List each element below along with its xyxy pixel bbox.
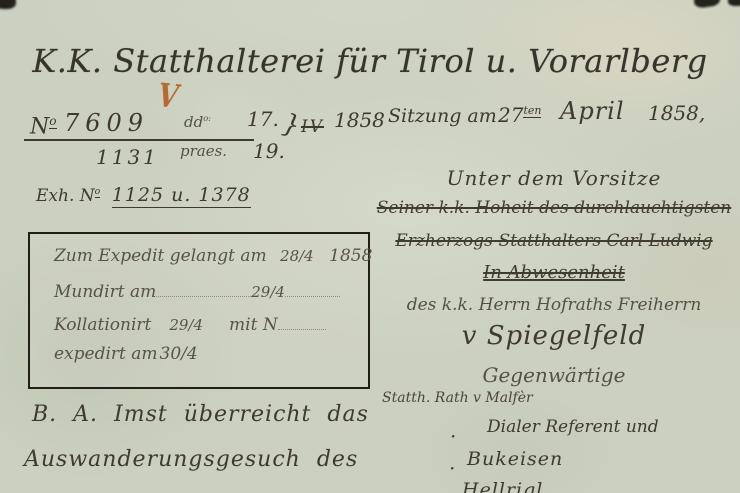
session-prefix: Sitzung am bbox=[388, 105, 497, 127]
reg-year: 1858 bbox=[334, 108, 385, 132]
document-scan: K.K. Statthalterei für Tirol u. Vorarlbe… bbox=[0, 0, 740, 493]
dispatch-date: 30/4 bbox=[160, 344, 198, 364]
ink-underline bbox=[24, 139, 254, 141]
session-day-sup: ten bbox=[523, 104, 541, 118]
hofrath-line: des k.k. Herrn Hofraths Freiherrn bbox=[368, 295, 740, 315]
attendee-third: Bukeisen bbox=[467, 448, 563, 470]
dispatch-date: 29/4 bbox=[251, 283, 285, 301]
dispatch-label: Zum Expedit gelangt am bbox=[54, 246, 267, 266]
session-month: April bbox=[560, 97, 625, 125]
body-line-2: Auswanderungsgesuch des bbox=[24, 447, 358, 472]
dotted-leader bbox=[278, 312, 326, 330]
exh-label-sup: o bbox=[95, 186, 101, 198]
dispatch-row: Kollationirt29/4mit N bbox=[54, 312, 354, 335]
paper-corner-smudge bbox=[693, 0, 721, 9]
body-line-1: B. A. Imst überreicht das bbox=[32, 402, 369, 427]
praes-label: praes. bbox=[180, 142, 227, 160]
reg-number: 7609 bbox=[64, 109, 149, 137]
ditto-mark: · bbox=[449, 456, 455, 480]
exh-value: 1125 u. 1378 bbox=[112, 184, 251, 208]
reg-number-alt: 1131 bbox=[96, 145, 159, 169]
present-heading: Gegenwärtige bbox=[368, 363, 740, 387]
month-roman: IV bbox=[301, 117, 324, 137]
reg-no-sup: o bbox=[49, 114, 56, 129]
dispatch-date: 29/4 bbox=[169, 316, 203, 334]
dispatch-extra: mit N bbox=[229, 315, 278, 335]
attendee-first: Statth. Rath v Malfèr bbox=[382, 390, 533, 406]
dispatch-row: Mundirt am29/4 bbox=[54, 279, 354, 302]
date-brace: } bbox=[280, 108, 303, 141]
dotted-leader bbox=[156, 279, 251, 297]
exh-line: Exh. No 1125 u. 1378 bbox=[36, 184, 251, 206]
ddo-sup: o: bbox=[203, 113, 211, 123]
dispatch-label: Mundirt am bbox=[54, 282, 156, 302]
dotted-leader bbox=[285, 279, 340, 297]
praes-day: 19. bbox=[253, 139, 285, 163]
dispatch-row: Zum Expedit gelangt am 28/4 1858 bbox=[54, 246, 372, 266]
presidency-heading: Unter dem Vorsitze bbox=[368, 166, 740, 190]
dispatch-date: 28/4 bbox=[280, 247, 314, 265]
paper-corner-smudge bbox=[728, 0, 740, 6]
page-title: K.K. Statthalterei für Tirol u. Vorarlbe… bbox=[0, 42, 740, 80]
spiegelfeld-name: v Spiegelfeld bbox=[368, 321, 740, 351]
dispatch-label: expedirt am bbox=[54, 344, 158, 364]
reg-no-label: No bbox=[30, 114, 57, 139]
ddo-day: 17. bbox=[247, 107, 279, 131]
exh-label: Exh. No bbox=[36, 186, 100, 206]
attendee-second: Dialer Referent und bbox=[487, 417, 659, 437]
ditto-mark: · bbox=[450, 424, 456, 448]
paper-corner-smudge bbox=[0, 0, 16, 9]
struck-line-3: In Abwesenheit bbox=[368, 262, 740, 283]
struck-line-2: Erzherzogs-Statthalters Carl Ludwig bbox=[368, 231, 740, 251]
session-year: 1858, bbox=[648, 101, 705, 125]
struck-line-1: Seiner k.k. Hoheit des durchlauchtigsten bbox=[368, 198, 740, 218]
dispatch-box: Zum Expedit gelangt am 28/4 1858 Mundirt… bbox=[28, 232, 370, 389]
check-icon: V bbox=[156, 77, 180, 116]
dispatch-label: Kollationirt bbox=[54, 315, 151, 335]
attendee-fourth: Hellrigl bbox=[462, 479, 543, 493]
dispatch-extra: 1858 bbox=[329, 246, 372, 266]
dispatch-row: expedirt am30/4 bbox=[54, 344, 198, 364]
session-day: 27ten bbox=[498, 103, 541, 127]
ddo-label: ddo: bbox=[184, 113, 211, 131]
